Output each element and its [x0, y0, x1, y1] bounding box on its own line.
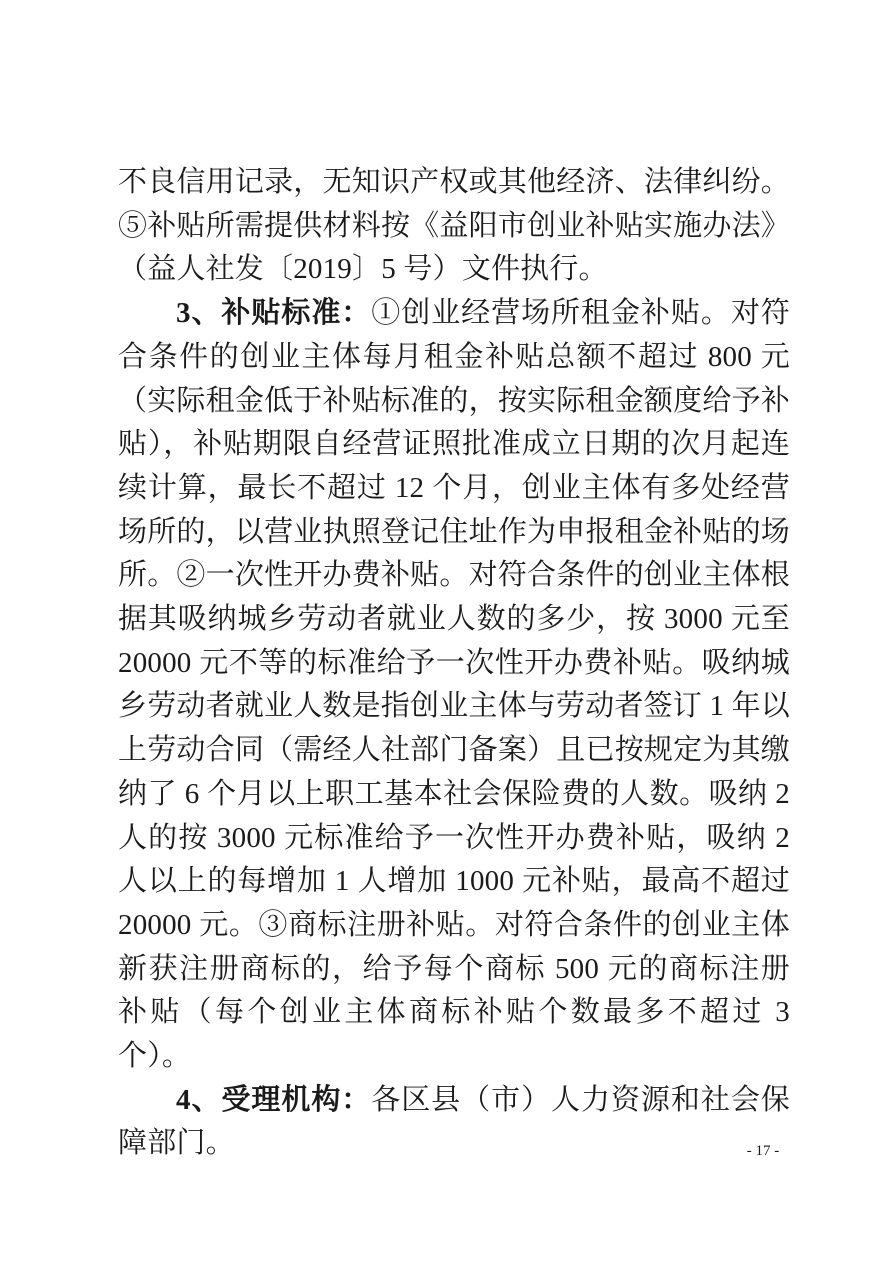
paragraph-accepting-agency: 4、受理机构：各区县（市）人力资源和社会保障部门。 — [118, 1079, 790, 1166]
paragraph-credit-conditions-text: 不良信用记录，无知识产权或其他经济、法律纠纷。⑤补贴所需提供材料按《益阳市创业补… — [118, 166, 790, 285]
paragraph-subsidy-standard-text: ①创业经营场所租金补贴。对符合条件的创业主体每月租金补贴总额不超过 800 元（… — [118, 297, 790, 1072]
paragraph-subsidy-standard-heading: 3、补贴标准： — [176, 297, 371, 329]
document-page: 不良信用记录，无知识产权或其他经济、法律纠纷。⑤补贴所需提供材料按《益阳市创业补… — [0, 0, 892, 1262]
paragraph-accepting-agency-heading: 4、受理机构： — [176, 1084, 371, 1116]
document-body: 不良信用记录，无知识产权或其他经济、法律纠纷。⑤补贴所需提供材料按《益阳市创业补… — [118, 161, 790, 1166]
paragraph-credit-conditions: 不良信用记录，无知识产权或其他经济、法律纠纷。⑤补贴所需提供材料按《益阳市创业补… — [118, 161, 790, 292]
paragraph-subsidy-standard: 3、补贴标准：①创业经营场所租金补贴。对符合条件的创业主体每月租金补贴总额不超过… — [118, 292, 790, 1079]
page-number: - 17 - — [718, 1141, 808, 1161]
